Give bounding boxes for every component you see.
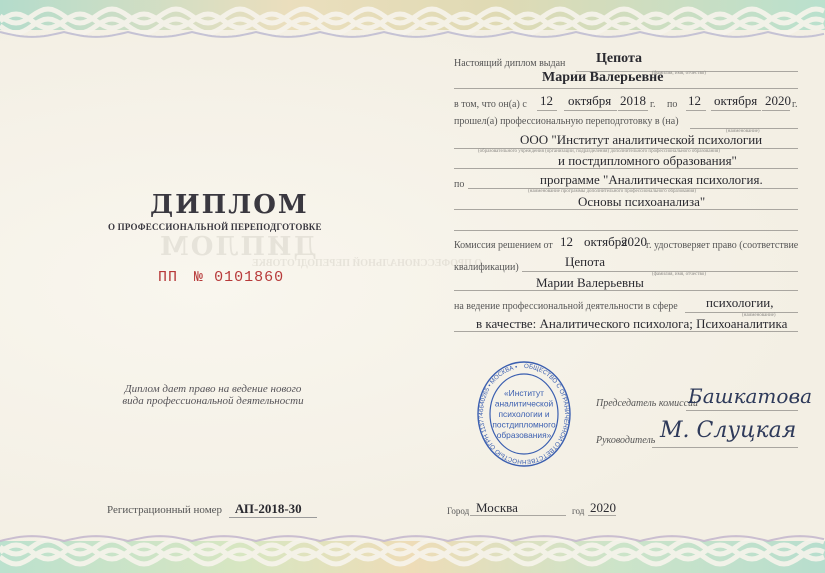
- chair-label: Председатель комиссии: [596, 398, 698, 409]
- year-value: 2020: [590, 500, 616, 516]
- recipient-surname: Цепота: [596, 51, 642, 67]
- registration-number: АП-2018-30: [229, 501, 317, 518]
- serial-prefix: ПП: [158, 269, 178, 286]
- ghost-subtitle-watermark: О ПРОФЕССИОНАЛЬНОЙ ПЕРЕПОДГОТОВКЕ: [252, 258, 482, 269]
- period-label: в том, что он(а) с: [454, 99, 527, 110]
- institution-line-1: ООО "Институт аналитической психологии: [520, 132, 762, 148]
- role-value: в качестве: Аналитического психолога; Пс…: [476, 316, 787, 332]
- svg-text:аналитической: аналитической: [495, 399, 554, 409]
- end-day: 12: [688, 93, 701, 109]
- head-label: Руководитель: [596, 435, 655, 446]
- serial-digits: 0101860: [214, 269, 284, 286]
- recipient-given-names: Марии Валерьевне: [542, 70, 663, 86]
- svg-text:образования»: образования»: [497, 430, 552, 440]
- holder-hint: (фамилия, имя, отчество): [652, 272, 706, 277]
- institution-line-2: и постдипломного образования": [558, 153, 737, 169]
- program-label: по: [454, 179, 464, 190]
- number-sign: №: [194, 269, 204, 286]
- field-value: психологии,: [706, 295, 774, 311]
- head-signature: М. Слуцкая: [660, 418, 796, 443]
- end-month: октября: [714, 93, 757, 109]
- program-line-2: Основы психоанализа": [578, 194, 705, 210]
- serial-number: ПП № 0101860: [158, 269, 284, 286]
- city-label: Город: [447, 506, 469, 516]
- start-year: 2018: [620, 93, 646, 109]
- issued-label: Настоящий диплом выдан: [454, 58, 565, 69]
- field-label: на ведение профессиональной деятельности…: [454, 301, 678, 312]
- qualification-label: квалификации): [454, 262, 519, 273]
- rights-note: Диплом дает право на ведение нового вида…: [113, 383, 313, 407]
- city-value: Москва: [476, 500, 518, 516]
- holder-given-names: Марии Валерьевны: [536, 275, 644, 291]
- organization-stamp: ОБЩЕСТВО С ОГРАНИЧЕННОЙ ОТВЕТСТВЕННОСТЬЮ…: [477, 360, 571, 468]
- year-suffix-end: г.: [792, 99, 797, 110]
- diploma-page: ДИПЛОМ О ПРОФЕССИОНАЛЬНОЙ ПЕРЕПОДГОТОВКЕ…: [0, 0, 825, 573]
- commission-day: 12: [560, 234, 573, 250]
- commission-year: 2020: [621, 234, 647, 250]
- commission-label: Комиссия решением от: [454, 240, 553, 251]
- diploma-subtitle: О ПРОФЕССИОНАЛЬНОЙ ПЕРЕПОДГОТОВКЕ: [108, 222, 322, 232]
- registration-label: Регистрационный номер: [107, 504, 222, 516]
- year-suffix: г.: [650, 99, 655, 110]
- decorative-border-bottom: [0, 521, 825, 573]
- commission-suffix: г. удостоверяет право (соответствие: [646, 240, 798, 251]
- passed-label: прошел(а) профессиональную переподготовк…: [454, 116, 679, 127]
- svg-text:постдипломного: постдипломного: [492, 420, 556, 430]
- svg-text:«Институт: «Институт: [504, 388, 544, 398]
- decorative-border-top: [0, 0, 825, 46]
- start-month: октября: [568, 93, 611, 109]
- start-day: 12: [540, 93, 553, 109]
- registration-row: Регистрационный номер АП-2018-30: [107, 501, 317, 518]
- year-label: год: [572, 506, 584, 516]
- holder-surname: Цепота: [565, 254, 605, 270]
- diploma-title: ДИПЛОМ: [150, 190, 309, 220]
- end-year: 2020: [765, 93, 791, 109]
- chair-signature: Башкатова: [688, 384, 812, 408]
- program-line-1: программе "Аналитическая психология.: [540, 172, 763, 188]
- to-label: по: [667, 99, 677, 110]
- svg-text:психологии и: психологии и: [498, 409, 549, 419]
